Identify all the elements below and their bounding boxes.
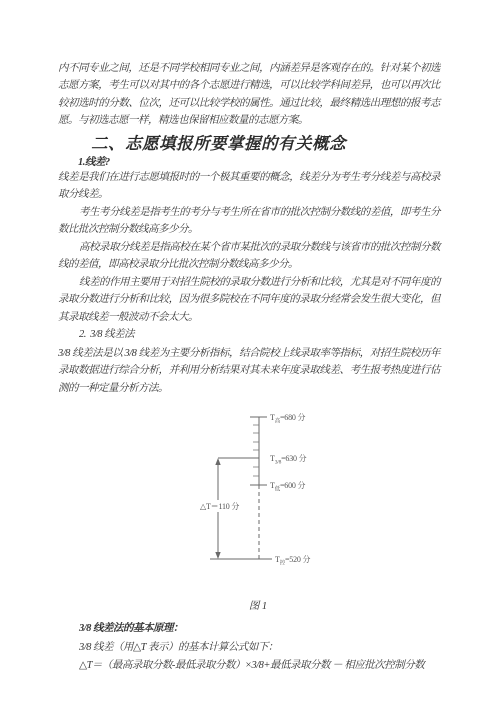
paragraph-xiancha-intro: 线差是我们在进行志愿填报时的一个极其重要的概念，线差分为考生考分线差与高校录取分… xyxy=(58,169,440,204)
label-520: T控=520 分 xyxy=(275,554,311,567)
paragraph-continuation: 内不同专业之间，还是不同学校相同专业之间，内涵差异是客观存在的。针对某个初选志愿… xyxy=(58,60,440,130)
paragraph-gaoxiao-xiancha: 高校录取分线差是指高校在某个省市某批次的录取分数线与该省市的批次控制分数线的差值… xyxy=(58,239,440,274)
formula-line: △T＝（最高录取分数-最低录取分数）×3/8+最低录取分数 － 相应批次控制分数 xyxy=(58,657,440,675)
label-680: T高=680 分 xyxy=(270,412,306,425)
paragraph-kaosheng-xiancha: 考生考分线差是指考生的考分与考生所在省市的批次控制分数线的差值，即考生分数比批次… xyxy=(58,204,440,239)
paragraph-xiancha-zuoyong: 线差的作用主要用于对招生院校的录取分数进行分析和比较，尤其是对不同年度的录取分数… xyxy=(58,274,440,327)
paragraph-38-method: 3/8 线差法是以 3/8 线差为主要分析指标，结合院校上线录取率等指标，对招生… xyxy=(58,345,440,398)
label-600: T低=600 分 xyxy=(270,480,306,493)
delta-label: △T＝110 分 xyxy=(200,501,239,511)
formula-intro: 3/8 线差（用△T 表示）的基本计算公式如下： xyxy=(58,639,440,657)
arrowhead-down-icon xyxy=(215,552,220,559)
label-630: T3/8=630 分 xyxy=(270,453,307,466)
score-scale-diagram: T高=680 分 T3/8=630 分 T低=600 分 T控=520 分 △T… xyxy=(166,395,406,585)
arrowhead-up-icon xyxy=(215,458,220,465)
item-2-heading: 2. 3/8 线差法 xyxy=(58,326,440,344)
figure-1-diagram: T高=680 分 T3/8=630 分 T低=600 分 T控=520 分 △T… xyxy=(166,395,406,585)
principle-heading: 3/8 线差法的基本原理： xyxy=(58,620,440,638)
figure-caption: 图 1 xyxy=(198,598,318,616)
document-page: 内不同专业之间，还是不同学校相同专业之间，内涵差异是客观存在的。针对某个初选志愿… xyxy=(0,0,499,706)
